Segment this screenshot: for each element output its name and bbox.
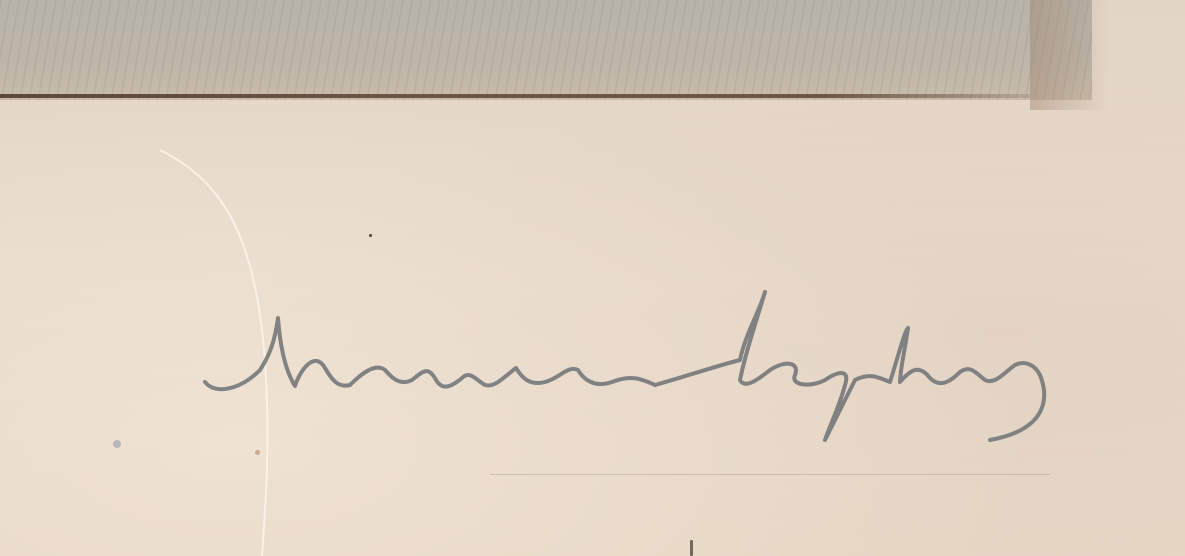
- etching-plate-area: [0, 0, 1092, 100]
- plate-mark-edge: [0, 94, 1030, 98]
- paper-speck: [690, 540, 693, 556]
- plate-corner-hatching: [1030, 0, 1110, 110]
- paper-speck: [255, 450, 260, 455]
- paper-speck: [113, 440, 121, 448]
- paper-speck: [369, 234, 372, 237]
- faint-ruled-line: [490, 474, 1050, 475]
- signature-text: Maurice Seghers: [210, 315, 795, 389]
